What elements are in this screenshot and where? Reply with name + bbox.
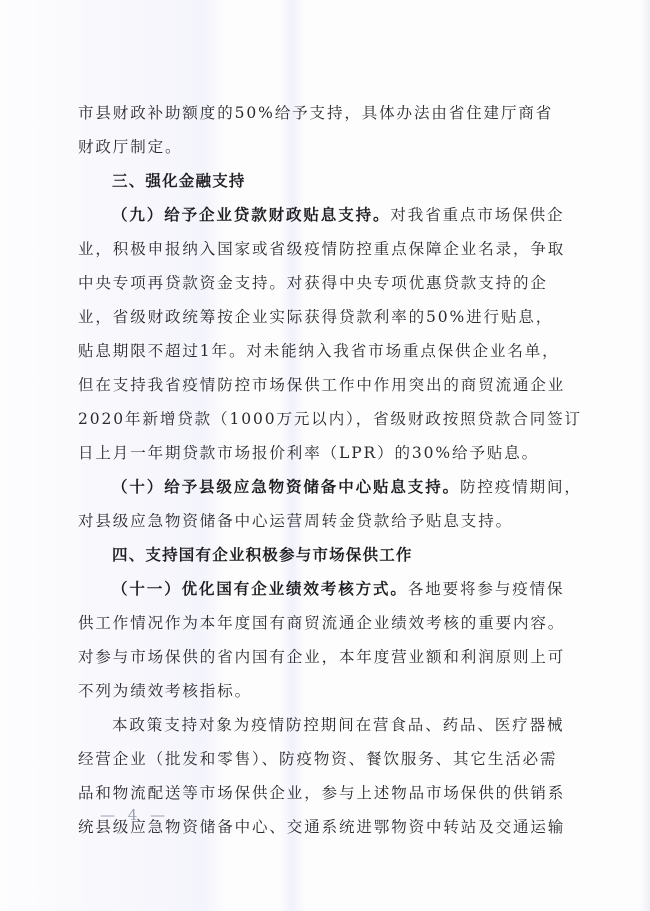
text-line: 但在支持我省疫情防控市场保供工作中作用突出的商贸流通企业 — [78, 368, 556, 402]
text-line: 2020年新增贷款（1000万元以内），省级财政按照贷款合同签订 — [78, 402, 556, 436]
text-span: 防控疫情期间， — [460, 478, 582, 496]
text-line: 不列为绩效考核指标。 — [78, 674, 556, 708]
text-line: 日上月一年期贷款市场报价利率（LPR）的30%给予贴息。 — [78, 436, 556, 470]
page-number: — 4 — — [100, 806, 169, 824]
item-10-first-line: （十）给予县级应急物资储备中心贴息支持。防控疫情期间， — [78, 470, 556, 504]
text-line: 经营企业（批发和零售）、防疫物资、餐饮服务、其它生活必需 — [78, 742, 556, 776]
text-line: 市县财政补助额度的50%给予支持，具体办法由省住建厅商省 — [78, 96, 556, 130]
text-line: 财政厅制定。 — [78, 130, 556, 164]
text-line: 本政策支持对象为疫情防控期间在营食品、药品、医疗器械 — [78, 708, 556, 742]
section-heading-financial-support: 三、强化金融支持 — [78, 164, 556, 198]
text-line: 供工作情况作为本年度国有商贸流通企业绩效考核的重要内容。 — [78, 606, 556, 640]
document-body: 市县财政补助额度的50%给予支持，具体办法由省住建厅商省 财政厅制定。 三、强化… — [78, 96, 556, 844]
text-line: 品和物流配送等市场保供企业，参与上述物品市场保供的供销系 — [78, 776, 556, 810]
text-line: 中央专项再贷款资金支持。对获得中央专项优惠贷款支持的企 — [78, 266, 556, 300]
text-line: 业，省级财政统筹按企业实际获得贷款利率的50%进行贴息， — [78, 300, 556, 334]
item-11-first-line: （十一）优化国有企业绩效考核方式。各地要将参与疫情保 — [78, 572, 556, 606]
document-page: 市县财政补助额度的50%给予支持，具体办法由省住建厅商省 财政厅制定。 三、强化… — [0, 0, 650, 911]
text-line: 贴息期限不超过1年。对未能纳入我省市场重点保供企业名单， — [78, 334, 556, 368]
item-9-lead: （九）给予企业贷款财政贴息支持。 — [112, 205, 390, 224]
text-span: 对我省重点市场保供企 — [390, 206, 564, 224]
text-span: 各地要将参与疫情保 — [408, 580, 565, 598]
text-line: 对县级应急物资储备中心运营周转金贷款给予贴息支持。 — [78, 504, 556, 538]
text-line: 对参与市场保供的省内国有企业，本年度营业额和利润原则上可 — [78, 640, 556, 674]
item-10-lead: （十）给予县级应急物资储备中心贴息支持。 — [112, 477, 460, 496]
item-11-lead: （十一）优化国有企业绩效考核方式。 — [112, 579, 408, 598]
text-line: 业，积极申报纳入国家或省级疫情防控重点保障企业名录，争取 — [78, 232, 556, 266]
section-heading-state-enterprises: 四、支持国有企业积极参与市场保供工作 — [78, 538, 556, 572]
item-9-first-line: （九）给予企业贷款财政贴息支持。对我省重点市场保供企 — [78, 198, 556, 232]
